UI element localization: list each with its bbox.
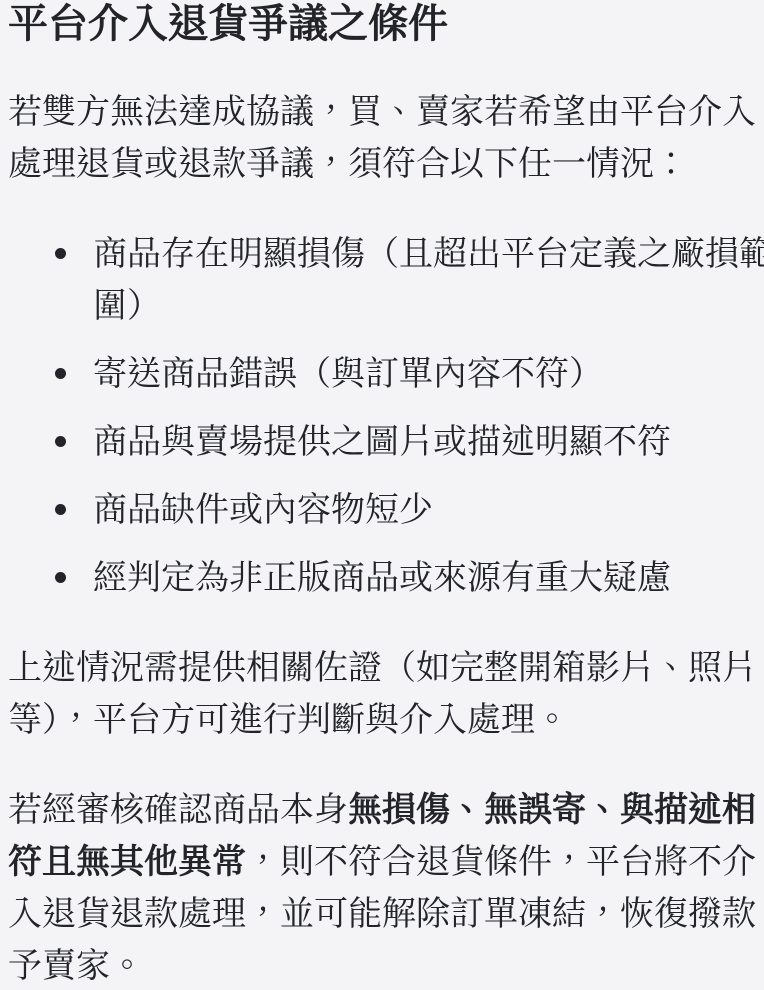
bullet-icon (55, 504, 66, 515)
list-item: 經判定為非正版商品或來源有重大疑慮 (8, 552, 764, 604)
conditions-list: 商品存在明顯損傷（且超出平台定義之廠損範圍） 寄送商品錯誤（與訂單內容不符） 商… (8, 228, 764, 604)
bullet-icon (55, 572, 66, 583)
list-item: 商品存在明顯損傷（且超出平台定義之廠損範圍） (8, 228, 764, 332)
review-paragraph: 若經審核確認商品本身無損傷、無誤寄、與描述相符且無其他異常，則不符合退貨條件，平… (8, 784, 764, 990)
list-item-text: 商品存在明顯損傷（且超出平台定義之廠損範圍） (93, 235, 764, 325)
return-dispute-article: 平台介入退貨爭議之條件 若雙方無法達成協議，買、賣家若希望由平台介入處理退貨或退… (0, 0, 764, 990)
bullet-icon (55, 368, 66, 379)
page-title: 平台介入退貨爭議之條件 (8, 0, 764, 48)
review-text-prefix: 若經審核確認商品本身 (8, 791, 348, 829)
list-item: 商品與賣場提供之圖片或描述明顯不符 (8, 416, 764, 468)
list-item: 商品缺件或內容物短少 (8, 484, 764, 536)
list-item-text: 經判定為非正版商品或來源有重大疑慮 (93, 559, 671, 597)
list-item-text: 寄送商品錯誤（與訂單內容不符） (93, 355, 603, 393)
list-item-text: 商品缺件或內容物短少 (93, 491, 433, 529)
intro-paragraph: 若雙方無法達成協議，買、賣家若希望由平台介入處理退貨或退款爭議，須符合以下任一情… (8, 86, 764, 190)
list-item: 寄送商品錯誤（與訂單內容不符） (8, 348, 764, 400)
list-item-text: 商品與賣場提供之圖片或描述明顯不符 (93, 423, 671, 461)
bullet-icon (55, 248, 66, 259)
bullet-icon (55, 436, 66, 447)
evidence-paragraph: 上述情況需提供相關佐證（如完整開箱影片、照片等），平台方可進行判斷與介入處理。 (8, 642, 764, 746)
